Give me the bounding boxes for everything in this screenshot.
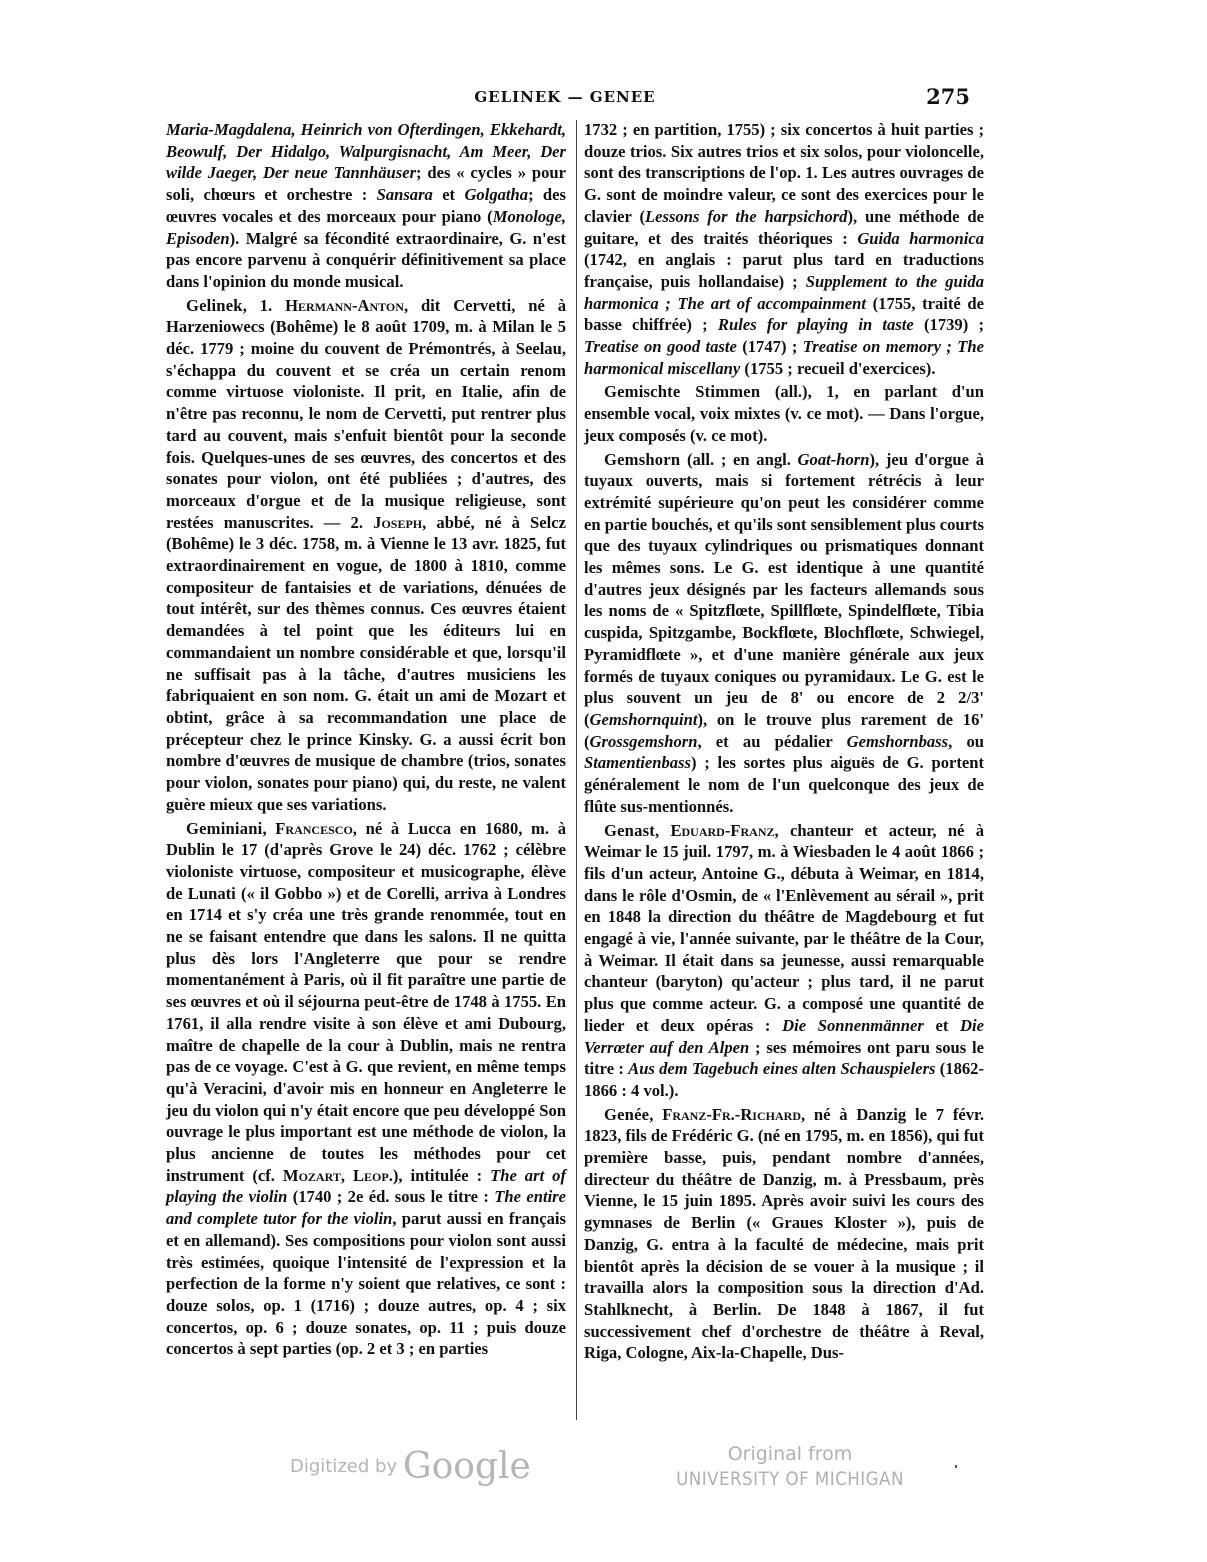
page-number: 275 xyxy=(926,84,970,109)
headword: Geminiani xyxy=(186,819,262,838)
entry-geminiani-continued: 1732 ; en partition, 1755) ; six concert… xyxy=(584,119,984,379)
headword: Gelinek xyxy=(186,296,243,315)
entry-gemshorn: Gemshorn (all. ; en angl. Goat-horn), je… xyxy=(584,449,984,818)
column-divider xyxy=(576,120,577,1420)
headword: Genast xyxy=(604,821,655,840)
left-column: Maria-Magdalena, Heinrich von Ofterdinge… xyxy=(166,119,566,1360)
right-column: 1732 ; en partition, 1755) ; six concert… xyxy=(584,119,984,1364)
original-from-watermark: Original from UNIVERSITY OF MICHIGAN xyxy=(660,1442,920,1492)
headword: Genée xyxy=(604,1105,649,1124)
entry-continuation: Maria-Magdalena, Heinrich von Ofterdinge… xyxy=(166,119,566,293)
scan-speck xyxy=(955,1465,957,1468)
running-header: GELINEK — GENEE 275 xyxy=(160,86,970,112)
headword: Gemshorn xyxy=(604,450,680,469)
scanned-page: GELINEK — GENEE 275 Maria-Magdalena, Hei… xyxy=(0,0,1207,1562)
entry-genast: Genast, Eduard-Franz, chanteur et acteur… xyxy=(584,820,984,1102)
digitization-footer: Digitized by Google Original from UNIVER… xyxy=(0,1440,1207,1500)
entry-geminiani: Geminiani, Francesco, né à Lucca en 1680… xyxy=(166,818,566,1361)
entry-genee: Genée, Franz-Fr.-Richard, né à Danzig le… xyxy=(584,1104,984,1364)
entry-gelinek: Gelinek, 1. Hermann-Anton, dit Cervetti,… xyxy=(166,295,566,816)
entry-gemischte-stimmen: Gemischte Stimmen (all.), 1, en parlant … xyxy=(584,381,984,446)
running-title: GELINEK — GENEE xyxy=(160,88,970,106)
headword: Gemischte Stimmen xyxy=(604,382,760,401)
digitized-by-google-watermark: Digitized by Google xyxy=(290,1446,531,1487)
google-logo-text: Google xyxy=(403,1446,531,1487)
